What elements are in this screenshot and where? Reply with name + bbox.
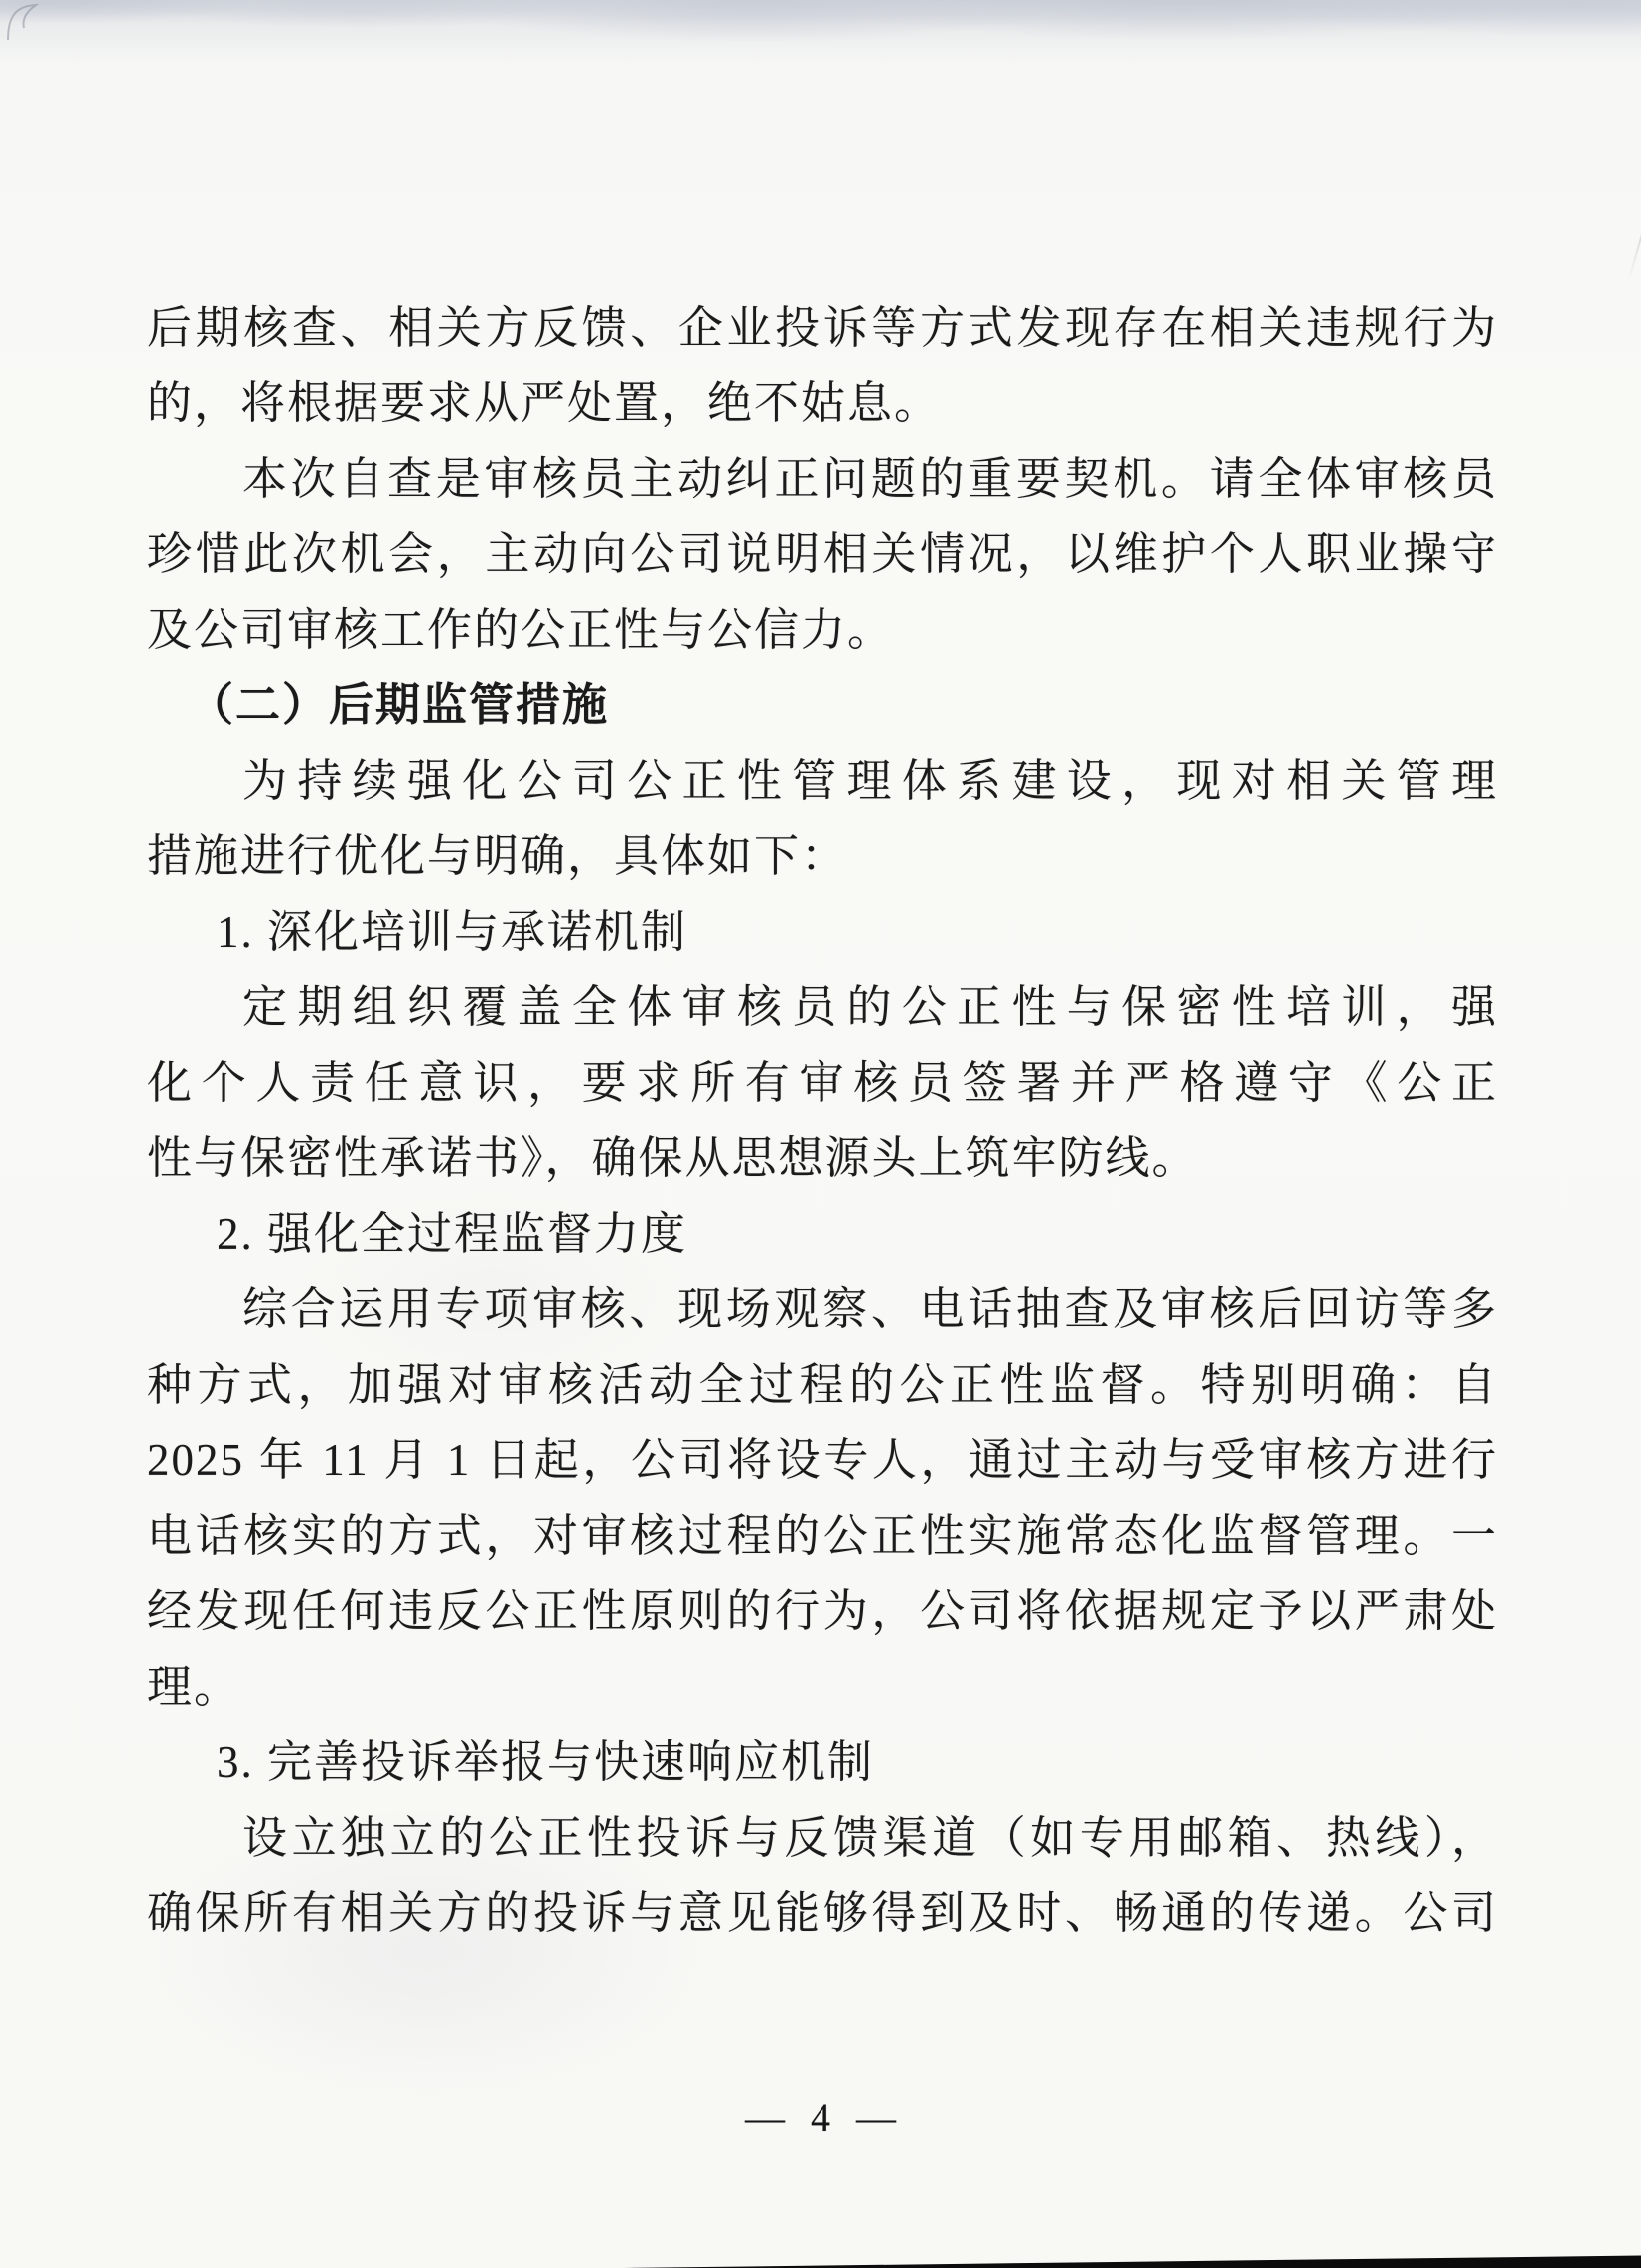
text-line: 种方式，加强对审核活动全过程的公正性监督。特别明确：自	[147, 1347, 1498, 1423]
text-line: 确保所有相关方的投诉与意见能够得到及时、畅通的传递。公司	[147, 1876, 1498, 1951]
numbered-heading: 2. 强化全过程监督力度	[147, 1196, 1498, 1272]
text-line: 后期核查、相关方反馈、企业投诉等方式发现存在相关违规行为	[147, 290, 1498, 366]
scan-artifact-top-edge	[0, 0, 1641, 64]
text-line: 化个人责任意识，要求所有审核员签署并严格遵守《公正	[147, 1045, 1498, 1121]
text-line: 本次自查是审核员主动纠正问题的重要契机。请全体审核员	[147, 441, 1498, 517]
page-curl-mark	[6, 2, 50, 42]
text-line: 设立独立的公正性投诉与反馈渠道（如专用邮箱、热线），	[147, 1800, 1498, 1876]
scanned-document: { "page": { "number": "4", "footer_label…	[0, 0, 1641, 2268]
text-line: 电话核实的方式，对审核过程的公正性实施常态化监督管理。一	[147, 1498, 1498, 1574]
text-line: 定期组织覆盖全体审核员的公正性与保密性培训，强	[147, 970, 1498, 1045]
text-line: 理。	[147, 1649, 1498, 1725]
text-line: 的，将根据要求从严处置，绝不姑息。	[147, 366, 1498, 441]
document-page: 后期核查、相关方反馈、企业投诉等方式发现存在相关违规行为的，将根据要求从严处置，…	[0, 0, 1641, 2268]
page-number: — 4 —	[0, 2094, 1641, 2141]
text-line: 措施进行优化与明确，具体如下：	[147, 819, 1498, 894]
numbered-heading: 1. 深化培训与承诺机制	[147, 894, 1498, 970]
text-line: 珍惜此次机会，主动向公司说明相关情况，以维护个人职业操守	[147, 517, 1498, 592]
scan-artifact-bottom-edge	[0, 2252, 1641, 2268]
numbered-heading: 3. 完善投诉举报与快速响应机制	[147, 1725, 1498, 1800]
text-line: 综合运用专项审核、现场观察、电话抽查及审核后回访等多	[147, 1272, 1498, 1347]
text-line: 2025 年 11 月 1 日起，公司将设专人，通过主动与受审核方进行	[147, 1423, 1498, 1498]
section-heading: （二）后期监管措施	[147, 668, 1498, 743]
text-line: 及公司审核工作的公正性与公信力。	[147, 592, 1498, 668]
scan-crease-mark	[1627, 215, 1641, 282]
document-body: 后期核查、相关方反馈、企业投诉等方式发现存在相关违规行为的，将根据要求从严处置，…	[147, 290, 1498, 1951]
text-line: 为持续强化公司公正性管理体系建设，现对相关管理	[147, 743, 1498, 819]
text-line: 经发现任何违反公正性原则的行为，公司将依据规定予以严肃处	[147, 1574, 1498, 1649]
text-line: 性与保密性承诺书》，确保从思想源头上筑牢防线。	[147, 1121, 1498, 1196]
